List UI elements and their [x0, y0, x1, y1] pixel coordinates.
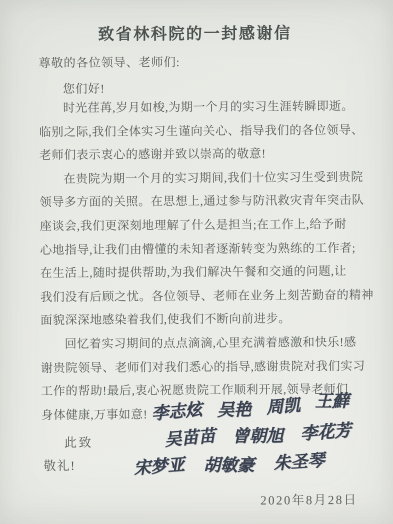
salutation: 尊敬的各位领导、老师们:: [39, 53, 180, 71]
body-line: 谢贵院领导、老师们对我们悉心的指导,感谢贵院对我们实习: [41, 354, 371, 380]
handwritten-signature: 胡敏豪: [203, 451, 254, 476]
letter-body: 时光荏苒,岁月如梭,为期一个月的实习生涯转瞬即逝。 临别之际,我们全体实习生谨向…: [39, 95, 371, 428]
body-line: 在生活上,随时提供帮助,为我们解决午餐和交通的问题,让: [40, 260, 370, 286]
handwritten-signature: 周凯: [265, 391, 301, 419]
body-line: 我们没有后顾之忧。各位领导、老师在业务上刻苦勤奋的精神: [40, 284, 370, 310]
handwritten-signature: 宋梦亚: [133, 450, 186, 479]
body-line: 心地指导,让我们由懵懂的未知者逐渐转变为熟练的工作者;: [40, 236, 370, 262]
closing-jingli: 敬礼!: [43, 456, 75, 474]
body-line: 在贵院为期一个月的实习期间,我们十位实习生受到贵院: [39, 166, 369, 192]
letter-title: 致省林科院的一封感谢信: [0, 20, 391, 46]
letter-date: 2020年8月28日: [260, 490, 357, 509]
body-line: 面貌深深地感染着我们,使我们不断向前进步。: [40, 307, 370, 333]
thank-you-letter: 致省林科院的一封感谢信 尊敬的各位领导、老师们: 您们好! 时光荏苒,岁月如梭,…: [0, 0, 393, 524]
handwritten-signature: 李花芳: [299, 416, 352, 445]
body-line: 座谈会,我们更深刻地理解了什么是担当;在工作上,给予耐: [40, 213, 370, 239]
body-line: 老师们表示衷心的感谢并致以崇高的敬意!: [39, 142, 369, 168]
handwritten-signature: 李志炫: [150, 395, 203, 425]
body-line: 时光荏苒,岁月如梭,为期一个月的实习生涯转瞬即逝。: [39, 95, 369, 121]
signature-row: 宋梦亚 胡敏豪 朱圣琴: [133, 447, 325, 478]
greeting-line: 您们好!: [63, 80, 105, 97]
body-line: 回忆着实习期间的点点滴滴,心里充满着感激和快乐!感: [40, 331, 370, 357]
handwritten-signature: 吴艳: [217, 395, 251, 420]
handwritten-signature: 王蘚: [315, 387, 349, 412]
letter-paper-photo: 致省林科院的一封感谢信 尊敬的各位领导、老师们: 您们好! 时光荏苒,岁月如梭,…: [0, 0, 393, 524]
handwritten-signature: 吴苗苗: [163, 421, 216, 450]
body-line: 临别之际,我们全体实习生谨向关心、指导我们的各位领导、: [39, 118, 369, 144]
handwritten-signature: 曾朝旭: [232, 421, 283, 446]
handwritten-signature: 朱圣琴: [273, 446, 326, 474]
closing-cizhi: 此致: [64, 433, 93, 451]
body-line: 领导多方面的关照。在思想上,通过参与防汛救灾青年突击队: [40, 189, 370, 215]
